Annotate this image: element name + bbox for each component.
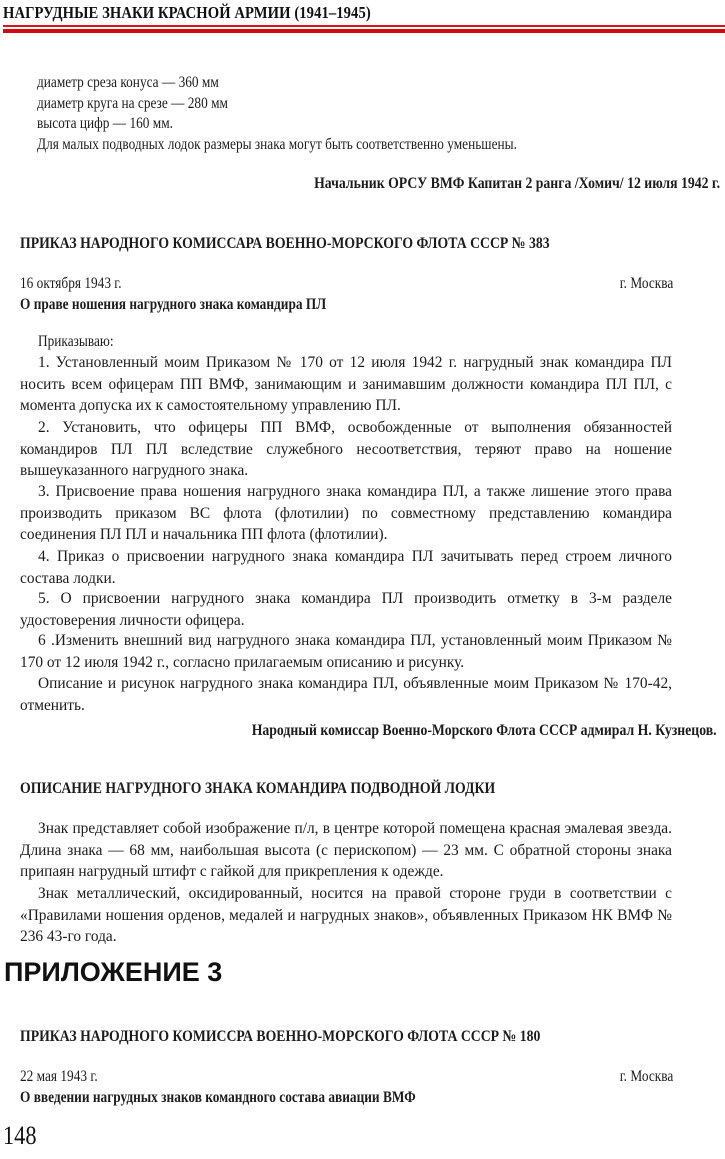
order-item-text: 1. Установленный моим Приказом № 170 от … (20, 352, 672, 417)
order-item: Описание и рисунок нагрудного знака кома… (20, 673, 672, 716)
order-item-text: 2. Установить, что офицеры ПП ВМФ, освоб… (20, 417, 672, 482)
description-paragraph: Знак металлический, оксидированный, носи… (20, 883, 672, 948)
order-383-place: г. Москва (619, 273, 673, 294)
dimension-note: Для малых подводных лодок размеры знака … (37, 134, 517, 155)
order-item: 2. Установить, что офицеры ПП ВМФ, освоб… (20, 417, 672, 482)
order-383-subject: О праве ношения нагрудного знака команди… (20, 294, 326, 315)
order-item: 6 .Изменить внешний вид нагрудного знака… (20, 630, 672, 673)
appendix-title: ПРИЛОЖЕНИЕ 3 (4, 957, 222, 988)
description-paragraph-text: Знак представляет собой изображение п/л,… (20, 818, 672, 883)
order-383-date: 16 октября 1943 г. (20, 273, 122, 294)
order-item-text: 6 .Изменить внешний вид нагрудного знака… (20, 630, 672, 673)
order-180-subject: О введении нагрудных знаков командного с… (20, 1087, 416, 1108)
description-heading: ОПИСАНИЕ НАГРУДНОГО ЗНАКА КОМАНДИРА ПОДВ… (20, 778, 495, 799)
order-180-date: 22 мая 1943 г. (20, 1066, 98, 1087)
header-rule-thick (3, 29, 725, 33)
order-item-text: Описание и рисунок нагрудного знака кома… (20, 673, 672, 716)
header-rule-thin (3, 25, 725, 27)
dimension-line: диаметр круга на срезе — 280 мм (37, 93, 228, 114)
dimension-line: высота цифр — 160 мм. (37, 113, 173, 134)
running-header-title: НАГРУДНЫЕ ЗНАКИ КРАСНОЙ АРМИИ (1941–1945… (3, 3, 371, 23)
order-383-intro: Приказываю: (38, 331, 114, 352)
page-number: 148 (3, 1121, 37, 1151)
signature-khomich: Начальник ОРСУ ВМФ Капитан 2 ранга /Хоми… (314, 173, 720, 194)
order-item-text: 3. Присвоение права ношения нагрудного з… (20, 481, 672, 546)
order-item: 5. О присвоении нагрудного знака команди… (20, 588, 672, 631)
order-item: 3. Присвоение права ношения нагрудного з… (20, 481, 672, 546)
description-paragraph-text: Знак металлический, оксидированный, носи… (20, 883, 672, 948)
order-180-heading: ПРИКАЗ НАРОДНОГО КОМИССРА ВОЕННО-МОРСКОГ… (20, 1026, 540, 1047)
order-item: 4. Приказ о присвоении нагрудного знака … (20, 546, 672, 589)
signature-kuznetsov: Народный комиссар Военно-Морского Флота … (252, 720, 717, 741)
order-item: 1. Установленный моим Приказом № 170 от … (20, 352, 672, 417)
dimension-line: диаметр среза конуса — 360 мм (37, 72, 219, 93)
description-paragraph: Знак представляет собой изображение п/л,… (20, 818, 672, 883)
order-180-place: г. Москва (619, 1066, 673, 1087)
order-383-heading: ПРИКАЗ НАРОДНОГО КОМИССАРА ВОЕННО-МОРСКО… (20, 233, 550, 254)
order-item-text: 5. О присвоении нагрудного знака команди… (20, 588, 672, 631)
order-item-text: 4. Приказ о присвоении нагрудного знака … (20, 546, 672, 589)
